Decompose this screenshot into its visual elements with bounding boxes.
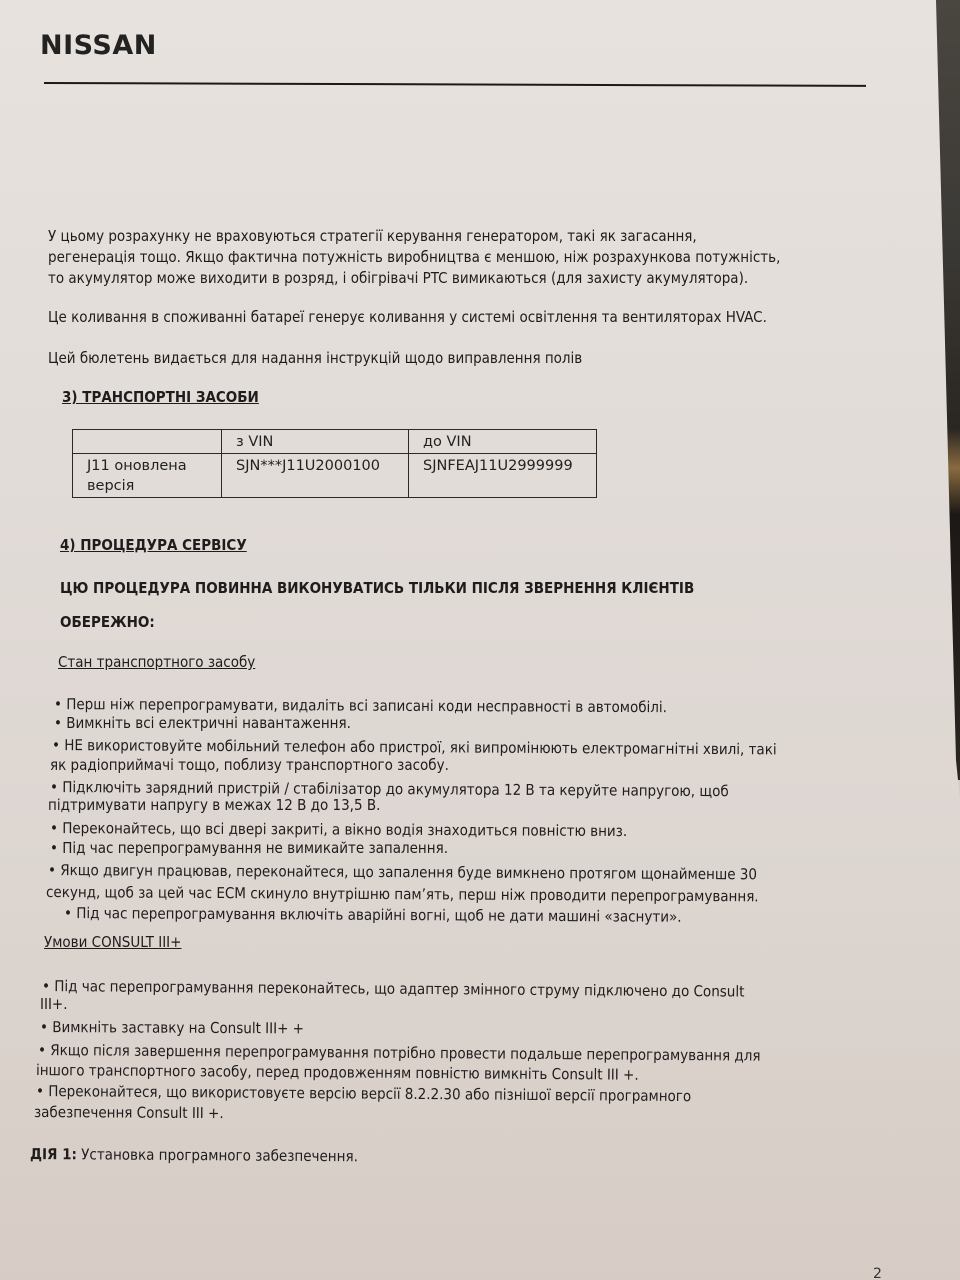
condition-line: • Під час перепрограмування не вимикайте… bbox=[50, 838, 448, 858]
caution-label: ОБЕРЕЖНО: bbox=[60, 612, 155, 632]
nissan-logo: NISSAN bbox=[40, 30, 157, 61]
header-divider bbox=[44, 82, 866, 87]
consult-line: • Під час перепрограмування переконайтес… bbox=[42, 976, 745, 1002]
table-header-to-vin: до VIN bbox=[409, 430, 597, 454]
procedure-notice: ЦЮ ПРОЦЕДУРА ПОВИННА ВИКОНУВАТИСЬ ТІЛЬКИ… bbox=[60, 578, 694, 598]
step-1: ДІЯ 1: Установка програмного забезпеченн… bbox=[30, 1144, 358, 1166]
document-page: NISSAN У цьому розрахунку не враховуютьс… bbox=[0, 0, 960, 1280]
step-1-label: ДІЯ 1: bbox=[30, 1145, 77, 1163]
condition-line: • Під час перепрограмування включіть ава… bbox=[64, 903, 682, 927]
consult-conditions-title: Умови CONSULT III+ bbox=[44, 932, 181, 952]
intro-paragraph-2: Це коливання в споживанні батареї генеру… bbox=[48, 307, 767, 327]
from-vin-cell: SJN***J11U2000100 bbox=[222, 454, 409, 498]
condition-line: • Якщо двигун працював, переконайтеся, щ… bbox=[48, 860, 757, 884]
page-number: 2 bbox=[873, 1266, 882, 1280]
intro-line-2: регенерація тощо. Якщо фактична потужніс… bbox=[48, 247, 780, 267]
condition-line: • Вимкніть всі електричні навантаження. bbox=[54, 713, 351, 733]
section-3-heading: 3) ТРАНСПОРТНІ ЗАСОБИ bbox=[62, 387, 259, 407]
intro-paragraph-3: Цей бюлетень видається для надання інстр… bbox=[48, 348, 582, 368]
table-header-cell bbox=[73, 430, 222, 454]
table-header-from-vin: з VIN bbox=[222, 430, 409, 454]
consult-line: • Вимкніть заставку на Consult III+ + bbox=[40, 1017, 304, 1038]
to-vin-cell: SJNFEAJ11U2999999 bbox=[409, 454, 597, 498]
table-row: J11 оновлена версія SJN***J11U2000100 SJ… bbox=[73, 454, 597, 498]
condition-line: підтримувати напругу в межах 12 В до 13,… bbox=[48, 795, 380, 815]
vin-range-table: з VIN до VIN J11 оновлена версія SJN***J… bbox=[72, 429, 597, 498]
table-header-row: з VIN до VIN bbox=[73, 430, 597, 454]
step-1-text: Установка програмного забезпечення. bbox=[77, 1145, 358, 1165]
vehicle-condition-title: Стан транспортного засобу bbox=[58, 652, 255, 672]
consult-line: III+. bbox=[40, 994, 68, 1014]
section-4-heading: 4) ПРОЦЕДУРА СЕРВІСУ bbox=[60, 535, 247, 555]
model-cell: J11 оновлена версія bbox=[73, 454, 222, 498]
consult-line: забезпечення Consult III +. bbox=[34, 1102, 224, 1123]
condition-line: як радіоприймачі тощо, поблизу транспорт… bbox=[50, 755, 449, 775]
intro-line-3: то акумулятор може виходити в розряд, і … bbox=[48, 268, 748, 288]
intro-line-1: У цьому розрахунку не враховуються страт… bbox=[48, 226, 697, 246]
